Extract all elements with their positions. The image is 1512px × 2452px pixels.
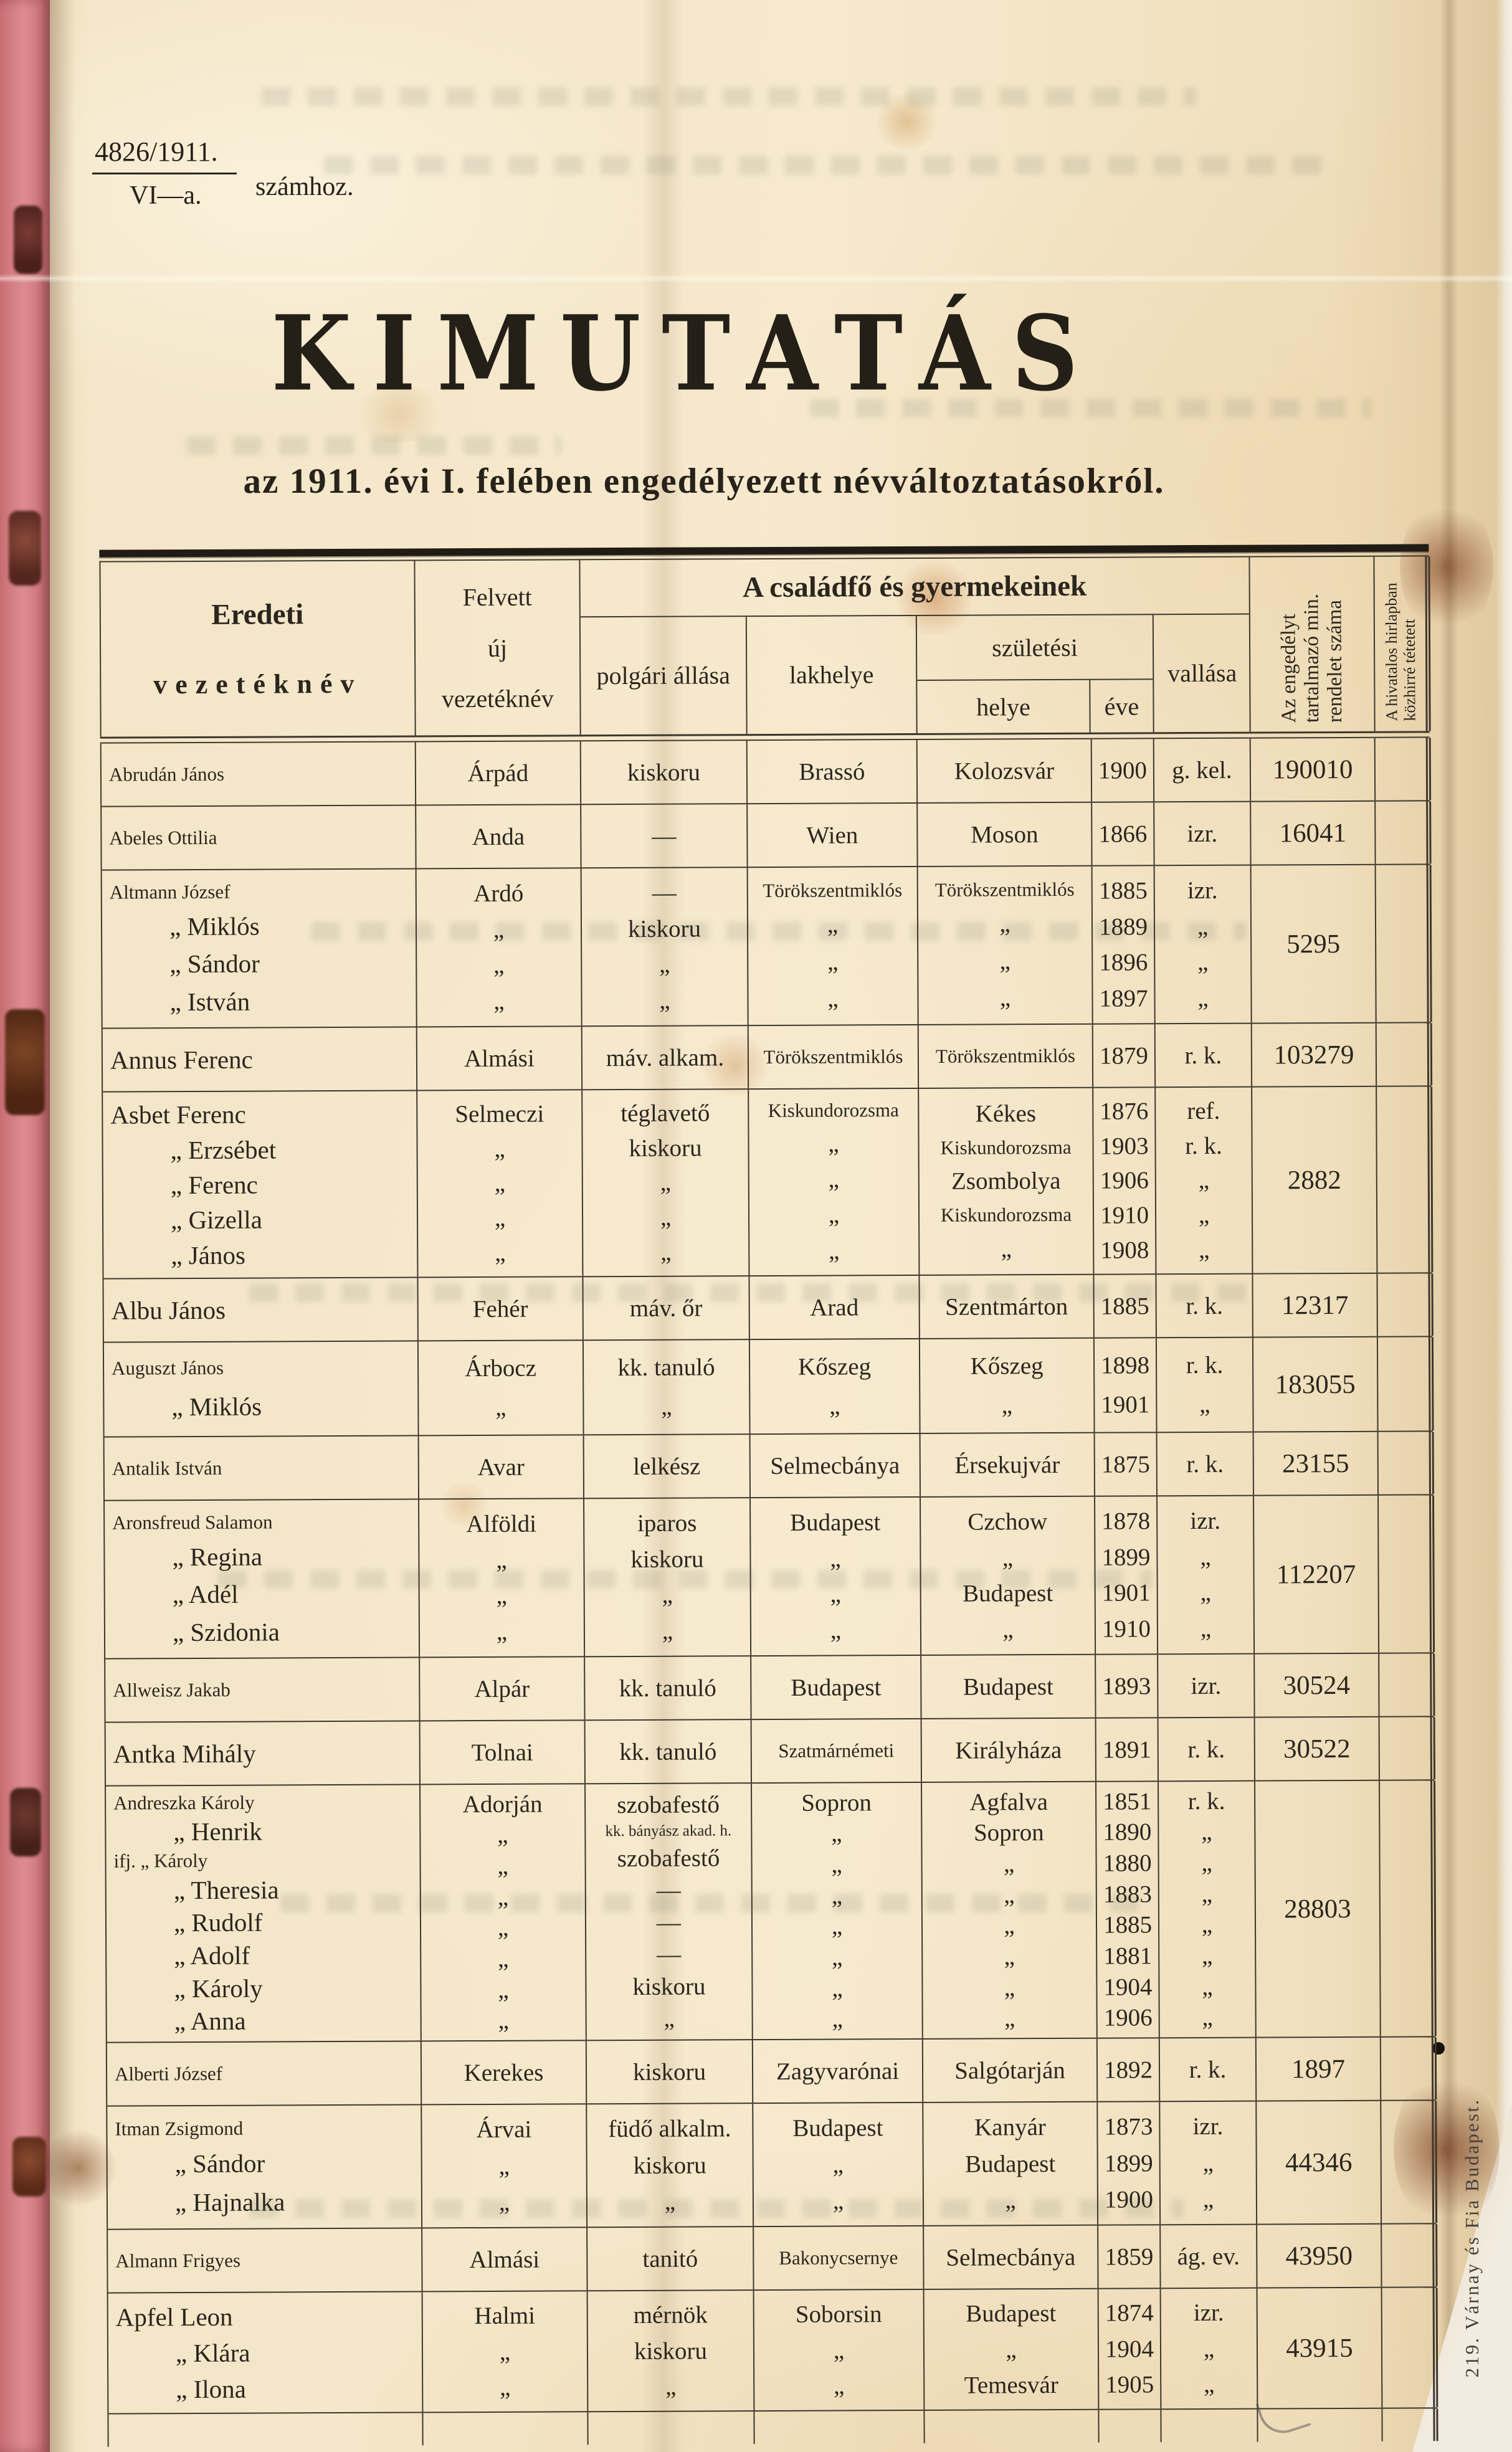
cell-line: 1879 <box>1093 1042 1154 1070</box>
table-row: Apfel Leon„ Klára„ Ilona Halmi„„ mérnökk… <box>108 2288 1437 2414</box>
cell-line: Auguszt János <box>104 1356 417 1380</box>
header-line: Felvett <box>463 582 532 611</box>
cell-line: Antalik István <box>105 1456 418 1480</box>
cell-line: Wien <box>748 820 916 849</box>
table-tail <box>107 2408 1437 2446</box>
cell-line: 1891 <box>1096 1736 1158 1764</box>
cell-birth-place: Kolozsvár <box>918 739 1092 802</box>
scanned-document-page: 4826/1911. VI—a. számhoz. KIMUTATÁS az 1… <box>0 0 1512 2452</box>
cell-line: „ <box>422 2007 586 2035</box>
cell-line: „ <box>748 948 917 976</box>
cell-line: kiskoru <box>587 2151 753 2180</box>
cell-line: „ <box>751 1544 920 1573</box>
cell-line: kiskoru <box>587 2058 752 2086</box>
cell-line: kiskoru <box>582 1134 748 1162</box>
cell-new-surname: Adorján„„„„„„„ <box>421 1784 587 2040</box>
decree-number: 28803 <box>1256 1893 1379 1924</box>
cell-new-surname: Selmeczi„„„„ <box>417 1090 583 1276</box>
cell-line: „ <box>749 1200 918 1229</box>
cell-line: „ <box>752 1819 921 1848</box>
reference-suffix: számhoz. <box>255 172 353 202</box>
table-row: Abrudán János Árpád kiskoru Brassó Koloz… <box>102 738 1430 807</box>
cell-new-surname: Kerekes <box>422 2041 587 2104</box>
cell-line: 1897 <box>1093 984 1154 1012</box>
cell-birth-place: Szentmárton <box>920 1275 1094 1338</box>
cell-civil-status: szobafestőkk. bányász akad. h.szobafestő… <box>586 1784 753 2040</box>
cell-line: „ <box>423 2373 587 2402</box>
cell-line: — <box>586 1940 751 1969</box>
cell-birth-year: 1900 <box>1092 739 1154 801</box>
cell-line: „ <box>753 1974 921 2003</box>
cell-birth-place: Czchow„Budapest„ <box>921 1497 1096 1655</box>
page-edge <box>1496 0 1512 2452</box>
cell-line: Albu János <box>104 1294 417 1325</box>
cell-line: „ <box>421 1944 585 1973</box>
cell-religion: r. k.„„„„„„„ <box>1159 1782 1257 2038</box>
cell-decree-number: 28803 <box>1255 1781 1381 2037</box>
cell-line: — <box>581 822 746 850</box>
cell-line: „ <box>422 2152 586 2180</box>
cell-new-surname: Almási <box>417 1027 582 1090</box>
cell-birth-place: KanyárBudapest„ <box>923 2103 1098 2225</box>
cell-new-surname: Fehér <box>418 1277 583 1340</box>
cell-line: 1908 <box>1094 1236 1155 1264</box>
cell-line: „ <box>1156 1236 1252 1265</box>
cell-birth-year: 1892 <box>1098 2038 1160 2101</box>
cell-birth-place: Törökszentmiklós„„„ <box>918 867 1093 1024</box>
cell-line: „ <box>1161 2185 1256 2213</box>
cell-new-surname: Árbocz„ <box>419 1341 584 1435</box>
cell-civil-status: mérnökkiskoru„ <box>588 2291 755 2411</box>
header-line: vezetéknév <box>442 684 554 714</box>
reference-number-block: 4826/1911. VI—a. számhoz. <box>92 136 237 211</box>
cell-line: „ <box>417 987 581 1015</box>
cell-line: Árbocz <box>419 1354 582 1383</box>
cell-residence: Szatmárnémeti <box>752 1719 922 1782</box>
cell-civil-status: kiskoru <box>587 2040 753 2103</box>
cell-religion: r. k.„ <box>1157 1338 1254 1432</box>
cell-line: Szatmárnémeti <box>752 1739 921 1762</box>
cell-line: Budapest <box>751 1508 920 1537</box>
cell-line: 1875 <box>1095 1450 1156 1478</box>
cell-line: 1893 <box>1096 1672 1157 1700</box>
cell-birth-place: Moson <box>918 803 1092 866</box>
cell-decree-number: 1897 <box>1257 2038 1381 2101</box>
cell-line: Czchow <box>921 1508 1094 1536</box>
cell-decree-number: 190010 <box>1251 738 1376 801</box>
cell-line: 1885 <box>1095 1292 1156 1320</box>
cell-birth-place: Törökszentmiklós <box>919 1025 1093 1088</box>
cell-line: Halmi <box>423 2302 587 2331</box>
bleed-through <box>324 156 1321 174</box>
cell-religion: r. k. <box>1159 1718 1255 1781</box>
cell-line: kk. tanuló <box>585 1674 750 1703</box>
table-row: Andreszka Károly„ Henrikifj. „ Károly„ T… <box>106 1780 1435 2043</box>
cell-civil-status: kk. tanuló <box>585 1656 751 1719</box>
cell-line: „ Erzsébet <box>103 1134 416 1165</box>
cell-line: „ <box>1159 1942 1255 1970</box>
decree-number: 16041 <box>1251 817 1374 848</box>
cell-line: 1859 <box>1098 2243 1159 2271</box>
cell-line: „ <box>421 1883 585 1911</box>
cell-line: „ János <box>103 1239 417 1270</box>
cell-line: ref. <box>1156 1096 1251 1125</box>
table-header: Eredeti vezetéknév Felvett új vezetéknév… <box>99 555 1429 736</box>
cell-line: lelkész <box>584 1452 749 1481</box>
cell-line: „ <box>918 984 1091 1012</box>
cell-line: szobafestő <box>586 1844 751 1873</box>
cell-new-surname: Halmi„„ <box>423 2291 589 2412</box>
table-row: Abeles Ottilia Anda — Wien Moson 1866 iz… <box>102 801 1430 870</box>
cell-line: „ <box>418 1238 582 1267</box>
cell-line: Érsekujvár <box>921 1450 1094 1479</box>
cell-line: „ Hajnalka <box>108 2186 421 2217</box>
cell-line: „ <box>925 2335 1098 2364</box>
cell-residence: Kiskundorozsma„„„„ <box>749 1089 920 1275</box>
cell-line: g. kel. <box>1154 756 1250 784</box>
cell-line: izr. <box>1161 2299 1257 2327</box>
cell-line: Zsombolya <box>920 1167 1093 1195</box>
cell-line: 1899 <box>1095 1543 1156 1571</box>
cell-line: Budapest <box>921 1579 1095 1608</box>
cell-line: Antka Mihály <box>106 1737 419 1769</box>
cell-line: — <box>586 1876 751 1904</box>
cell-line: 1885 <box>1093 877 1154 905</box>
cell-line: „ <box>420 1617 584 1646</box>
header-gazette: A hivatalos hirlapban közhirré tétetett <box>1374 556 1430 731</box>
cell-residence: Arad <box>749 1276 920 1339</box>
cell-original-surname: Abeles Ottilia <box>102 805 416 869</box>
cell-original-surname: Almann Frigyes <box>108 2228 422 2292</box>
cell-residence: Törökszentmiklós„„„ <box>748 867 919 1025</box>
cell-line: 1885 <box>1097 1911 1158 1939</box>
cell-line: „ <box>583 1238 748 1266</box>
cell-civil-status: lelkész <box>584 1435 751 1498</box>
decree-number: 103279 <box>1252 1039 1376 1070</box>
cell-residence: Soborsin„„ <box>754 2290 925 2410</box>
cell-birth-year: 1875 <box>1095 1433 1158 1495</box>
header-rotated-label: A hivatalos hirlapban közhirré tétetett <box>1382 566 1419 721</box>
cell-original-surname: Apfel Leon„ Klára„ Ilona <box>108 2292 424 2413</box>
cell-line: „ <box>423 2337 587 2366</box>
cell-line: Királyháza <box>922 1736 1095 1764</box>
cell-religion: izr. <box>1154 802 1251 865</box>
cell-line: Sopron <box>922 1818 1095 1847</box>
cell-line: „ <box>1155 948 1250 977</box>
decree-number: 5295 <box>1252 928 1375 959</box>
cell-residence: Törökszentmiklós <box>749 1025 919 1088</box>
decree-number: 43915 <box>1258 2332 1381 2364</box>
cell-line: Sopron <box>752 1789 921 1817</box>
table-top-rule <box>99 544 1429 557</box>
cell-original-surname: Abrudán János <box>102 742 416 805</box>
cell-line: Ardó <box>417 879 581 908</box>
cell-line: Agfalva <box>922 1787 1095 1816</box>
cell-line: Kiskundorozsma <box>919 1136 1092 1159</box>
cell-decree-number: 43915 <box>1258 2288 1383 2408</box>
cell-decree-number: 23155 <box>1254 1432 1379 1495</box>
cell-line: Kőszeg <box>920 1352 1093 1380</box>
cell-line: „ <box>585 1581 750 1610</box>
cell-line: 1898 <box>1095 1352 1156 1380</box>
cell-line: 1892 <box>1098 2056 1159 2084</box>
cell-birth-place: Salgótarján <box>923 2039 1098 2102</box>
decree-number: 1897 <box>1257 2053 1380 2084</box>
cell-line: 1905 <box>1099 2370 1160 2398</box>
cell-religion: r. k. <box>1156 1275 1253 1338</box>
cell-gazette <box>1377 1023 1432 1085</box>
table-row: Allweisz Jakab Alpár kk. tanuló Budapest… <box>105 1653 1434 1723</box>
cell-decree-number: 183055 <box>1253 1338 1379 1432</box>
cell-gazette <box>1376 865 1432 1022</box>
cell-birth-year: 1885 <box>1094 1275 1156 1337</box>
cell-line: „ <box>1159 1879 1255 1908</box>
cell-line: „ <box>921 1615 1095 1644</box>
cell-line: Selmecbánya <box>751 1451 920 1480</box>
cell-religion: r. k. <box>1156 1024 1252 1087</box>
cell-decree-number: 43950 <box>1257 2225 1382 2288</box>
decree-number: 2882 <box>1253 1164 1376 1195</box>
cell-residence: Zagyvarónai <box>753 2040 923 2103</box>
cell-line: „ István <box>102 986 416 1017</box>
cell-line: Abeles Ottilia <box>102 825 415 849</box>
cell-line: máv. alkam. <box>582 1043 748 1072</box>
decree-number: 112207 <box>1254 1559 1377 1590</box>
cell-line: Kerekes <box>422 2058 586 2087</box>
cell-line: „ <box>920 1390 1093 1419</box>
decree-number: 190010 <box>1251 754 1374 785</box>
table-row: Antalik István Avar lelkész Selmecbánya … <box>105 1432 1433 1501</box>
table-row: Auguszt János„ Miklós Árbocz„ kk. tanuló… <box>104 1337 1433 1437</box>
cell-line: Abrudán János <box>102 762 415 786</box>
cell-line: Kékes <box>919 1100 1092 1128</box>
cell-line: „ <box>1156 1201 1252 1230</box>
header-line: Eredeti <box>211 598 303 632</box>
cell-line: 1866 <box>1092 820 1153 848</box>
cell-line: „ <box>754 2336 923 2364</box>
header-line: vezetéknév <box>153 667 362 700</box>
cell-line: „ <box>1159 1849 1254 1878</box>
cell-line: „ <box>749 1165 918 1194</box>
header-rotated-label: Az engedélyt tartalmazó min. rendelet sz… <box>1277 566 1347 723</box>
cell-birth-place: Érsekujvár <box>921 1433 1095 1496</box>
cell-line: „ <box>749 1237 918 1265</box>
cell-line: r. k. <box>1156 1131 1251 1160</box>
table-row: Altmann József„ Miklós„ Sándor„ István A… <box>102 865 1431 1029</box>
cell-line: 1906 <box>1098 2004 1159 2032</box>
cell-religion: izr.„„„ <box>1155 866 1252 1024</box>
cell-line: „ <box>918 910 1091 938</box>
cell-line: „ <box>587 2187 753 2216</box>
cell-decree-number: 103279 <box>1252 1024 1377 1086</box>
cell-original-surname: Annus Ferenc <box>103 1027 417 1091</box>
cell-civil-status: — <box>581 804 748 867</box>
cell-line: kiskoru <box>588 2337 753 2365</box>
cell-original-surname: Aronsfreud Salamon„ Regina„ Adél„ Szidon… <box>105 1499 420 1658</box>
cell-line: „ Theresia <box>107 1874 420 1905</box>
cell-original-surname: Andreszka Károly„ Henrikifj. „ Károly„ T… <box>106 1785 422 2041</box>
cell-original-surname: Alberti József <box>107 2041 422 2105</box>
cell-birth-year: 187318991900 <box>1098 2102 1161 2224</box>
cell-line: „ <box>921 1543 1094 1572</box>
cell-original-surname: Albu János <box>103 1278 418 1341</box>
cell-line: „ Henrik <box>106 1816 419 1847</box>
cell-birth-year: 1885188918961897 <box>1093 866 1156 1023</box>
cell-new-surname: Alpár <box>420 1657 585 1720</box>
header-birth-year: éve <box>1090 680 1153 732</box>
decree-number: 183055 <box>1253 1369 1377 1400</box>
cell-line: Avar <box>419 1453 583 1481</box>
cell-birth-year: 1859 <box>1098 2225 1161 2288</box>
cell-line: „ <box>750 1392 919 1420</box>
page-crease <box>1440 0 1458 2452</box>
cell-birth-place: Kőszeg„ <box>920 1339 1095 1433</box>
cell-line: Zagyvarónai <box>753 2056 922 2085</box>
cell-line: Temesvár <box>925 2370 1098 2399</box>
cell-line: 1896 <box>1093 949 1154 977</box>
cell-civil-status: máv. őr <box>583 1276 749 1339</box>
cell-line: „ <box>748 984 917 1013</box>
table-row: Antka Mihály Tolnai kk. tanuló Szatmárné… <box>106 1717 1434 1786</box>
binding-clasp <box>12 2137 46 2197</box>
cell-civil-status: —kiskoru„„ <box>582 868 749 1025</box>
cell-line: — <box>586 1908 751 1937</box>
cell-line: Anda <box>416 822 580 851</box>
cell-line: „ <box>923 1973 1096 2002</box>
decree-number: 30522 <box>1255 1733 1379 1764</box>
cell-line: r. k. <box>1160 2055 1255 2084</box>
cell-gazette <box>1377 1086 1433 1272</box>
cell-line: ifj. „ Károly <box>106 1848 419 1872</box>
cell-line: „ <box>1159 1911 1255 1939</box>
cell-new-surname: Ardó„„„ <box>417 868 582 1026</box>
cell-birth-year: 18511890188018831885188119041906 <box>1096 1782 1160 2037</box>
cell-gazette <box>1382 2288 1438 2407</box>
cell-line: máv. őr <box>584 1294 749 1323</box>
cell-line: 1880 <box>1096 1849 1158 1877</box>
cell-line: tanitó <box>587 2245 753 2273</box>
cell-line: „ <box>754 2150 923 2179</box>
cell-original-surname: Altmann József„ Miklós„ Sándor„ István <box>102 869 417 1027</box>
cell-birth-year: 1891 <box>1096 1718 1159 1780</box>
cell-gazette <box>1376 738 1431 800</box>
cell-line: „ <box>421 1975 585 2004</box>
cell-new-surname: Árvai„„ <box>422 2104 587 2227</box>
cell-line: Törökszentmiklós <box>918 878 1091 901</box>
cell-line: iparos <box>584 1509 749 1537</box>
cell-line: Allweisz Jakab <box>105 1678 419 1701</box>
cell-original-surname: Auguszt János„ Miklós <box>104 1341 419 1436</box>
cell-line: Alberti József <box>107 2061 421 2085</box>
page-title: KIMUTATÁS <box>0 293 1371 414</box>
cell-line: 1878 <box>1095 1507 1156 1535</box>
table-row: Almann Frigyes Almási tanitó Bakonycsern… <box>108 2224 1436 2293</box>
cell-line: „ Szidonia <box>105 1617 419 1648</box>
cell-birth-place: Budapest <box>921 1655 1096 1718</box>
cell-line: ág. ev. <box>1161 2242 1256 2271</box>
header-religion: vallása <box>1154 615 1251 733</box>
cell-birth-place: KékesKiskundorozsmaZsombolyaKiskundorozs… <box>919 1088 1094 1275</box>
binding-clasp <box>10 1788 41 1856</box>
cell-line: 1851 <box>1096 1787 1158 1815</box>
cell-line: 1900 <box>1098 2185 1159 2213</box>
page-subtitle: az 1911. évi I. felében engedélyezett né… <box>0 461 1408 501</box>
cell-gazette <box>1378 1337 1434 1430</box>
cell-line: „ Károly <box>107 1972 420 2003</box>
cell-line: kk. tanuló <box>584 1353 749 1382</box>
cell-line: r. k. <box>1156 1041 1251 1070</box>
cell-civil-status: téglavetőkiskoru„„„ <box>582 1090 749 1276</box>
cell-line: „ Adél <box>105 1579 419 1610</box>
cell-religion: izr.„„ <box>1160 2102 1257 2225</box>
cell-line: „ <box>418 1204 582 1233</box>
cell-line: „ <box>923 1911 1096 1940</box>
cell-line: „ <box>422 2188 586 2217</box>
cell-line: Budapest <box>921 1672 1095 1701</box>
table-row: Asbet Ferenc„ Erzsébet„ Ferenc„ Gizella„… <box>103 1086 1432 1279</box>
cell-line: téglavető <box>582 1099 748 1128</box>
cell-line: Brassó <box>748 757 916 786</box>
table-row: Aronsfreud Salamon„ Regina„ Adél„ Szidon… <box>105 1495 1434 1659</box>
cell-line: „ <box>417 915 581 944</box>
cell-line: „ <box>421 1851 584 1880</box>
cell-line: „ <box>923 1880 1096 1909</box>
cell-line: Altmann József <box>102 880 416 903</box>
cell-line: izr. <box>1158 1506 1253 1535</box>
cell-birth-place: Királyháza <box>922 1719 1096 1782</box>
cell-line: kiskoru <box>582 915 747 943</box>
cell-line: „ Anna <box>107 2005 421 2036</box>
cell-new-surname: Almási <box>422 2228 587 2291</box>
cell-line: Almási <box>422 2245 586 2274</box>
cell-line: Annus Ferenc <box>103 1043 416 1075</box>
cell-line: Bakonycsernye <box>754 2246 923 2269</box>
cell-new-surname: Árpád <box>416 741 581 804</box>
cell-line: „ <box>920 1235 1093 1263</box>
cell-line: „ Adolf <box>107 1939 420 1970</box>
cell-line: „ Regina <box>105 1541 418 1572</box>
cell-line: „ <box>417 1134 581 1163</box>
cell-line: „ <box>583 1203 748 1232</box>
header-birth-group: születési helye éve <box>917 615 1154 733</box>
cell-civil-status: máv. alkam. <box>582 1026 749 1089</box>
cell-line: 1889 <box>1093 913 1154 941</box>
cell-line: Almann Frigyes <box>108 2248 421 2272</box>
cell-line: Tolnai <box>421 1738 584 1767</box>
cell-line: „ <box>587 2004 752 2033</box>
cell-line: „ <box>1157 1390 1252 1418</box>
cell-original-surname: Allweisz Jakab <box>105 1658 420 1721</box>
cell-line: r. k. <box>1159 1787 1254 1815</box>
cell-residence: Brassó <box>748 740 918 803</box>
cell-line: Törökszentmiklós <box>749 1045 918 1068</box>
header-original-surname: Eredeti vezetéknév <box>100 561 416 736</box>
cell-residence: Sopron„„„„„„„ <box>752 1783 923 2039</box>
cell-line: Kőszeg <box>750 1352 919 1381</box>
table-row: Itman Zsigmond„ Sándor„ Hajnalka Árvai„„… <box>107 2101 1436 2230</box>
cell-civil-status: kk. tanuló„ <box>584 1340 751 1434</box>
cell-line: „ <box>749 1129 918 1158</box>
table-row: Annus Ferenc Almási máv. alkam. Töröksze… <box>103 1023 1431 1092</box>
cell-line: „ <box>918 947 1091 976</box>
header-civil-status: polgári állása <box>581 617 748 734</box>
cell-line: „ <box>753 1881 921 1910</box>
cell-line: kk. bányász akad. h. <box>586 1822 751 1840</box>
cell-line: „ <box>582 951 747 979</box>
table-row: Albu János Fehér máv. őr Arad Szentmárto… <box>103 1273 1432 1342</box>
cell-birth-year: 187419041905 <box>1099 2289 1162 2408</box>
cell-line: „ <box>583 1169 748 1197</box>
